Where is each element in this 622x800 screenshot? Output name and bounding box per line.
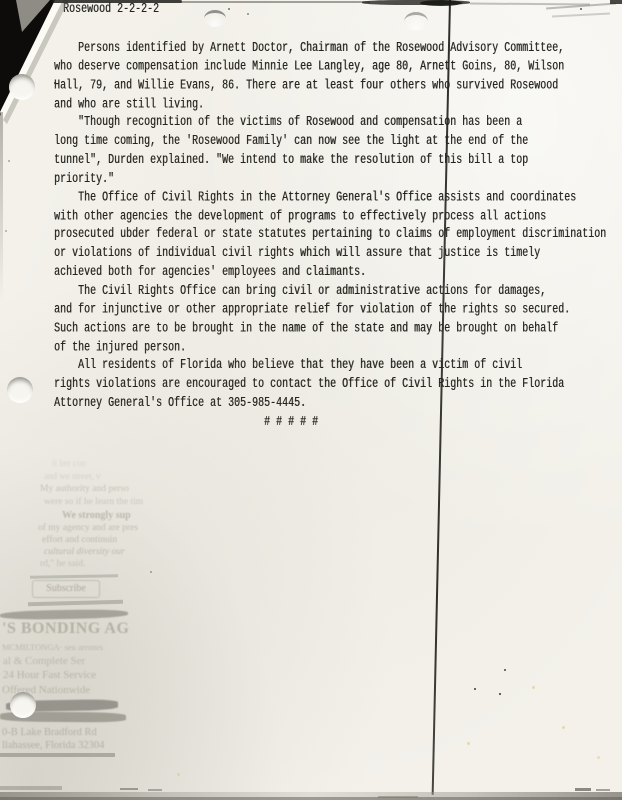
top-right-corner-mark bbox=[610, 0, 622, 4]
ghost-line: 24 Hour Fast Service bbox=[3, 669, 96, 681]
text-line: and who are still living. bbox=[54, 96, 606, 115]
text-line: of the injured person. bbox=[54, 339, 606, 358]
ghost-line: effort and continuin bbox=[42, 535, 117, 545]
text-line: or violations of individual civil rights… bbox=[54, 246, 606, 265]
scan-dash-mark bbox=[120, 788, 138, 790]
scan-speck bbox=[54, 82, 56, 84]
scan-dash-mark bbox=[575, 788, 591, 791]
text-line: # # # # # bbox=[54, 414, 606, 433]
scanned-document-page: Rosewood 2-2-2-2 Persons identified by A… bbox=[0, 0, 622, 800]
ghost-line: llahassee, Florida 32304 bbox=[2, 740, 104, 751]
text-line: who deserve compensation include Minnie … bbox=[54, 59, 606, 78]
hole-punch-shadow bbox=[404, 12, 428, 31]
ghost-smear bbox=[30, 574, 118, 579]
top-edge-smudge bbox=[552, 12, 610, 17]
ghost-line: 0-B Lake Bradford Rd bbox=[2, 727, 97, 738]
hole-punch bbox=[7, 377, 33, 403]
text-line: Such actions are to be brought in the na… bbox=[54, 320, 606, 339]
top-edge-smudge bbox=[420, 0, 462, 6]
document-text: Persons identified by Arnett Doctor, Cha… bbox=[54, 40, 606, 432]
hole-punch bbox=[10, 692, 36, 718]
hole-punch bbox=[9, 74, 35, 100]
text-line: long time coming, the 'Rosewood Family' … bbox=[54, 133, 606, 152]
text-line: "Though recognition of the victims of Ro… bbox=[54, 115, 606, 134]
page-header: Rosewood 2-2-2-2 bbox=[63, 1, 159, 20]
text-line: Hall, 79, and Willie Evans, 86. There ar… bbox=[54, 77, 606, 96]
ghost-line: and we street, v bbox=[44, 471, 100, 481]
text-line: with other agencies the development of p… bbox=[54, 208, 606, 227]
scan-dash-mark bbox=[378, 796, 418, 798]
text-line: Persons identified by Arnett Doctor, Cha… bbox=[54, 40, 606, 59]
text-line: priority." bbox=[54, 171, 606, 190]
text-line: The Office of Civil Rights in the Attorn… bbox=[54, 190, 606, 209]
text-line: The Civil Rights Office can bring civil … bbox=[54, 283, 606, 302]
ghost-line: al & Complete Ser bbox=[3, 655, 85, 667]
text-line: prosecuted ubder federal or state statut… bbox=[54, 227, 606, 246]
scan-dash-mark bbox=[148, 789, 162, 791]
text-line: achieved both for agencies' employees an… bbox=[54, 264, 606, 283]
text-line: Attorney General's Office at 305-985-444… bbox=[54, 395, 606, 414]
top-edge-smudge bbox=[180, 1, 370, 3]
ghost-line: it her con bbox=[52, 458, 86, 468]
top-edge-smudge bbox=[52, 0, 182, 3]
ghost-line: cultural diversity our bbox=[44, 547, 125, 557]
text-line: rights violations are encouraged to cont… bbox=[54, 376, 606, 395]
ghost-line: were so if he learn the tim bbox=[44, 497, 143, 507]
ghost-line: rd," he said. bbox=[40, 559, 86, 569]
ghost-line: My authority and perso bbox=[40, 484, 129, 494]
ghost-smear bbox=[0, 609, 128, 620]
text-line: All residents of Florida who believe tha… bbox=[54, 358, 606, 377]
ghost-smear bbox=[28, 600, 123, 606]
text-line: tunnel", Durden explained. "We intend to… bbox=[54, 152, 606, 171]
left-edge-shading bbox=[0, 112, 3, 302]
paper-age-speck bbox=[562, 726, 565, 729]
ghost-subscribe-box: Subscribe bbox=[32, 580, 100, 598]
ghost-headline: 'S BONDING AG bbox=[2, 620, 129, 638]
ghost-smear bbox=[0, 753, 115, 757]
ghost-line: of my agency and are pres bbox=[38, 523, 138, 533]
ghost-smear bbox=[0, 786, 62, 790]
scan-dash-mark bbox=[596, 789, 610, 791]
ghost-line: MCMILTONGA· seu arrones bbox=[2, 642, 103, 652]
ghost-line: We strongly sup bbox=[62, 510, 131, 521]
hole-punch-shadow bbox=[204, 10, 226, 27]
text-line: and for injunctive or other appropriate … bbox=[54, 302, 606, 321]
